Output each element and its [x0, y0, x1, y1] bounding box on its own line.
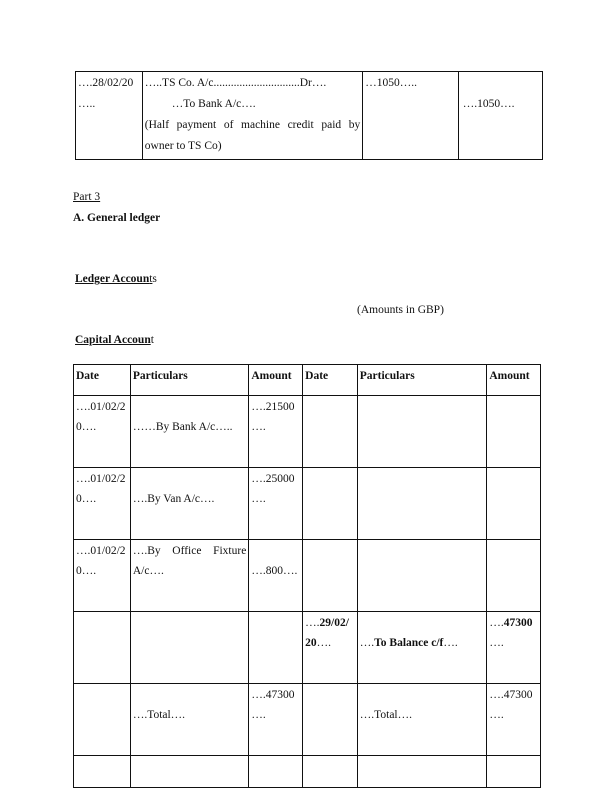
dots: …. — [305, 617, 319, 629]
date-part: ….01/02/2 — [76, 541, 128, 561]
date-part: 0…. — [76, 561, 128, 581]
balance-row: ….29/02/ 20…. ….To Balance c/f…. ….47300… — [74, 612, 541, 684]
empty-cell — [303, 684, 358, 756]
total-label-debit: ….Total…. — [130, 684, 249, 756]
empty-cell — [130, 612, 249, 684]
capital-title-tail: t — [151, 334, 154, 346]
amounts-note: (Amounts in GBP) — [357, 304, 444, 316]
row-amount: ….21500…. — [249, 396, 303, 468]
date-part: 0…. — [76, 417, 128, 437]
ledger-accounts-title: Ledger Accounts — [75, 273, 157, 285]
amount-part: …. — [251, 705, 300, 725]
balance-amount: ….47300 …. — [487, 612, 541, 684]
section-heading: A. General ledger — [73, 212, 160, 224]
row-particulars: ……By Bank A/c….. — [130, 396, 249, 468]
particulars-word: ….By — [133, 541, 161, 561]
row-date: ….01/02/20…. — [74, 396, 131, 468]
row-date: ….01/02/20…. — [74, 468, 131, 540]
balance-label: To Balance c/f — [374, 637, 443, 649]
empty-cell — [487, 468, 541, 540]
particulars-word: Fixture — [213, 541, 246, 561]
journal-credit-cell: ….1050…. — [458, 72, 542, 160]
empty-cell — [74, 612, 131, 684]
journal-credit-line: …To Bank A/c…. — [145, 94, 360, 115]
journal-debit-cell: …1050….. — [363, 72, 459, 160]
balance-particulars: ….To Balance c/f…. — [357, 612, 487, 684]
journal-particulars-cell: …..TS Co. A/c...........................… — [142, 72, 362, 160]
amount-part: ….25000 — [251, 469, 300, 489]
journal-narration: (Half payment of machine credit paid by … — [145, 115, 360, 157]
amount-part: …. — [489, 705, 538, 725]
empty-cell — [303, 396, 358, 468]
journal-debit-amount: …1050….. — [365, 73, 456, 94]
table-header-row: Date Particulars Amount Date Particulars… — [74, 365, 541, 396]
table-row: ….01/02/20…. ….By Office Fixture A/c…. …… — [74, 540, 541, 612]
empty-cell — [357, 468, 487, 540]
header-date-debit: Date — [74, 365, 131, 396]
particulars-word: A/c…. — [133, 561, 247, 581]
ledger-title-bold: Ledger Accoun — [75, 273, 149, 285]
amount-part: ….47300 — [489, 685, 538, 705]
table-row: ….01/02/20…. ….By Van A/c…. ….25000…. — [74, 468, 541, 540]
ledger-title-tail: s — [152, 273, 156, 285]
part-label: Part 3 — [73, 191, 100, 203]
journal-debit-line: …..TS Co. A/c...........................… — [145, 73, 360, 94]
empty-cell — [357, 396, 487, 468]
header-particulars-debit: Particulars — [130, 365, 249, 396]
empty-cell — [303, 756, 358, 788]
capital-account-table: Date Particulars Amount Date Particulars… — [73, 364, 541, 788]
empty-cell — [249, 612, 303, 684]
empty-cell — [249, 756, 303, 788]
date-part: 29/02/ — [320, 617, 349, 629]
total-amount-credit: ….47300…. — [487, 684, 541, 756]
header-particulars-credit: Particulars — [357, 365, 487, 396]
amount-part: …. — [251, 417, 300, 437]
particulars-justified-line: ….By Office Fixture — [133, 541, 247, 561]
journal-entry-table: ….28/02/20 ….. …..TS Co. A/c............… — [75, 71, 543, 160]
empty-cell — [487, 396, 541, 468]
journal-date: ….28/02/20 — [78, 73, 140, 94]
particulars-word: Office — [172, 541, 201, 561]
empty-cell — [303, 468, 358, 540]
row-amount: ….25000…. — [249, 468, 303, 540]
total-amount-debit: ….47300…. — [249, 684, 303, 756]
amount-part: ….47300 — [251, 685, 300, 705]
amount-part: ….21500 — [251, 397, 300, 417]
journal-credit-amount: ….1050…. — [461, 94, 540, 115]
table-row: ….01/02/20…. ……By Bank A/c….. ….21500…. — [74, 396, 541, 468]
header-amount-debit: Amount — [249, 365, 303, 396]
capital-title-bold: Capital Accoun — [75, 334, 151, 346]
dots: …. — [317, 637, 331, 649]
total-label-credit: ….Total…. — [357, 684, 487, 756]
empty-cell — [487, 756, 541, 788]
empty-row — [74, 756, 541, 788]
amount-part: …. — [251, 489, 300, 509]
empty-cell — [487, 540, 541, 612]
capital-account-title: Capital Account — [75, 334, 154, 346]
dots: …. — [360, 637, 374, 649]
date-part: 20 — [305, 637, 317, 649]
total-row: ….Total…. ….47300…. ….Total…. ….47300…. — [74, 684, 541, 756]
dots: …. — [489, 633, 538, 653]
empty-cell — [74, 756, 131, 788]
header-date-credit: Date — [303, 365, 358, 396]
date-part: ….01/02/2 — [76, 397, 128, 417]
row-particulars: ….By Van A/c…. — [130, 468, 249, 540]
empty-cell — [357, 756, 487, 788]
row-date: ….01/02/20…. — [74, 540, 131, 612]
balance-date: ….29/02/ 20…. — [303, 612, 358, 684]
empty-cell — [357, 540, 487, 612]
header-amount-credit: Amount — [487, 365, 541, 396]
journal-date-cell: ….28/02/20 ….. — [76, 72, 143, 160]
row-amount: ….800…. — [249, 540, 303, 612]
dots: …. — [443, 637, 457, 649]
empty-cell — [303, 540, 358, 612]
balance-value: 47300 — [504, 617, 533, 629]
journal-date-cont: ….. — [78, 94, 140, 115]
empty-cell — [130, 756, 249, 788]
date-part: 0…. — [76, 489, 128, 509]
date-part: ….01/02/2 — [76, 469, 128, 489]
row-particulars: ….By Office Fixture A/c…. — [130, 540, 249, 612]
empty-cell — [74, 684, 131, 756]
dots: …. — [489, 617, 503, 629]
